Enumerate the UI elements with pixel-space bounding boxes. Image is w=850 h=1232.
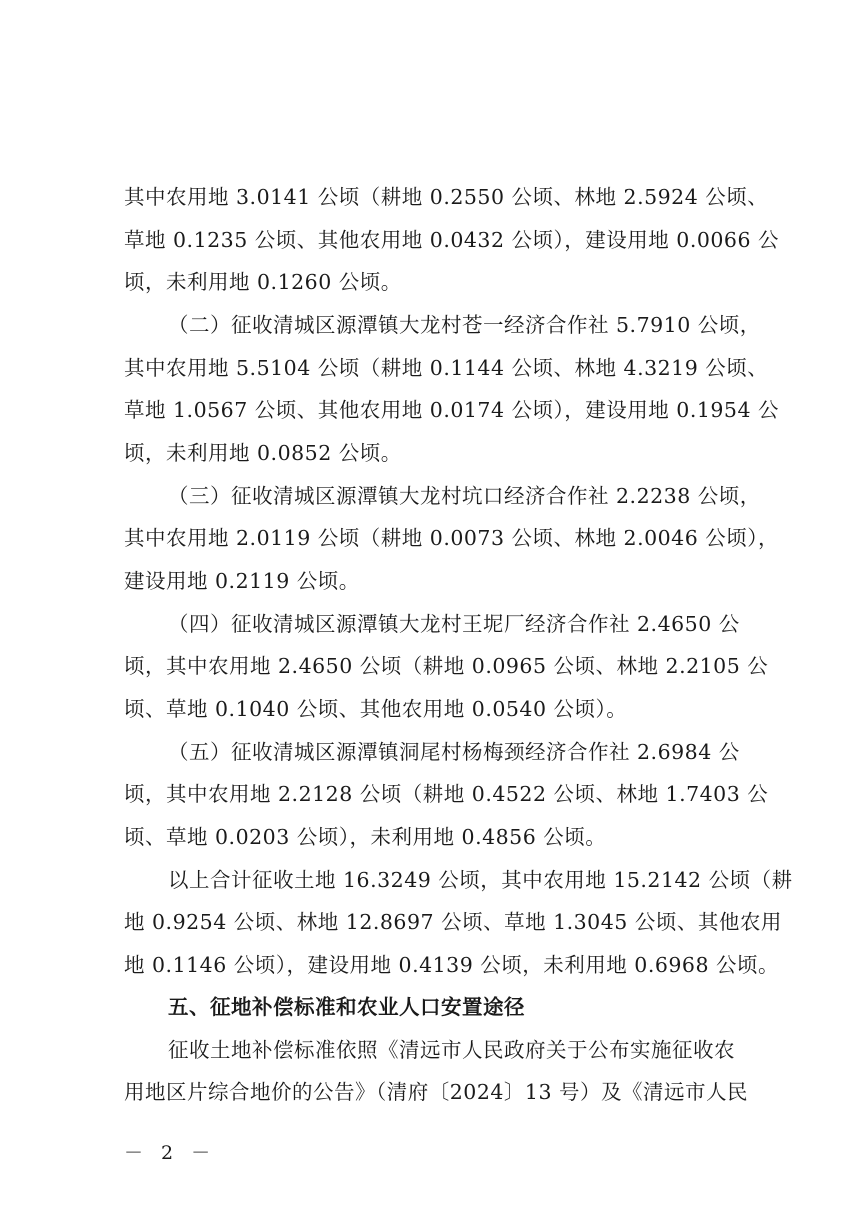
paragraph-line: 用地区片综合地价的公告》（清府〔2024〕13 号）及《清远市人民 bbox=[124, 1078, 730, 1106]
paragraph-line: 其中农用地 5.5104 公顷（耕地 0.1144 公顷、林地 4.3219 公… bbox=[124, 354, 730, 382]
paragraph-line: 地 0.9254 公顷、林地 12.8697 公顷、草地 1.3045 公顷、其… bbox=[124, 908, 730, 936]
paragraph-line: 顷，其中农用地 2.2128 公顷（耕地 0.4522 公顷、林地 1.7403… bbox=[124, 780, 730, 808]
paragraph-line: （四）征收清城区源潭镇大龙村王坭厂经济合作社 2.4650 公 bbox=[168, 610, 730, 638]
paragraph-line: 顷，未利用地 0.0852 公顷。 bbox=[124, 439, 730, 467]
paragraph-line: 征收土地补偿标准依照《清远市人民政府关于公布实施征收农 bbox=[168, 1036, 730, 1064]
paragraph-line: 顷、草地 0.1040 公顷、其他农用地 0.0540 公顷）。 bbox=[124, 695, 730, 723]
paragraph-line: 地 0.1146 公顷），建设用地 0.4139 公顷，未利用地 0.6968 … bbox=[124, 951, 730, 979]
paragraph-line: （三）征收清城区源潭镇大龙村坑口经济合作社 2.2238 公顷， bbox=[168, 482, 730, 510]
paragraph-line: 顷、草地 0.0203 公顷），未利用地 0.4856 公顷。 bbox=[124, 823, 730, 851]
paragraph-line: （二）征收清城区源潭镇大龙村苍一经济合作社 5.7910 公顷， bbox=[168, 311, 730, 339]
paragraph-line: 顷，未利用地 0.1260 公顷。 bbox=[124, 268, 730, 296]
paragraph-line: 其中农用地 3.0141 公顷（耕地 0.2550 公顷、林地 2.5924 公… bbox=[124, 183, 730, 211]
page-number: － 2 － bbox=[124, 1138, 216, 1165]
paragraph-line: 草地 1.0567 公顷、其他农用地 0.0174 公顷），建设用地 0.195… bbox=[124, 396, 730, 424]
paragraph-line: 顷，其中农用地 2.4650 公顷（耕地 0.0965 公顷、林地 2.2105… bbox=[124, 652, 730, 680]
paragraph-line: 建设用地 0.2119 公顷。 bbox=[124, 567, 730, 595]
paragraph-line: 其中农用地 2.0119 公顷（耕地 0.0073 公顷、林地 2.0046 公… bbox=[124, 524, 730, 552]
section-heading: 五、征地补偿标准和农业人口安置途径 bbox=[168, 993, 525, 1021]
paragraph-line: （五）征收清城区源潭镇洞尾村杨梅颈经济合作社 2.6984 公 bbox=[168, 738, 730, 766]
paragraph-line: 草地 0.1235 公顷、其他农用地 0.0432 公顷），建设用地 0.006… bbox=[124, 226, 730, 254]
paragraph-line: 以上合计征收土地 16.3249 公顷，其中农用地 15.2142 公顷（耕 bbox=[168, 866, 730, 894]
